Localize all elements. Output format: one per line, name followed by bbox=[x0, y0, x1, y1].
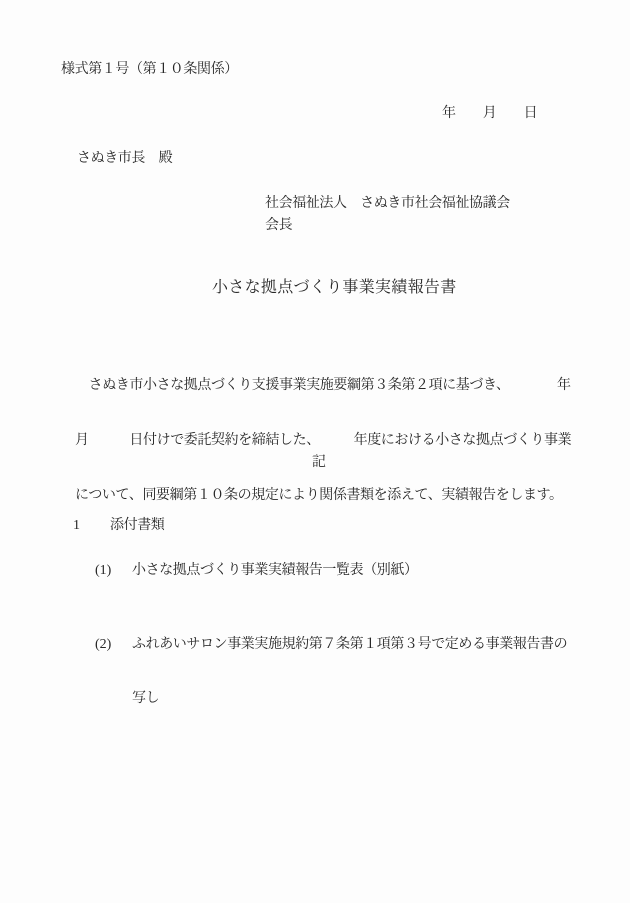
attachment-item-1-marker: (1) bbox=[95, 563, 132, 579]
record-marker: 記 bbox=[312, 455, 326, 471]
attachment-item-1-text: 小さな拠点づくり事業実績報告一覧表（別紙） bbox=[132, 563, 418, 578]
attachments-heading-label: 添付書類 bbox=[110, 518, 164, 533]
attachments-heading-number: 1 bbox=[73, 518, 110, 534]
attachment-item-1: (1)小さな拠点づくり事業実績報告一覧表（別紙） bbox=[95, 563, 418, 579]
body-paragraph: さぬき市小さな拠点づくり支援事業実施要綱第３条第２項に基づき、 年 月 日付けで… bbox=[75, 346, 571, 542]
sender-title: 会長 bbox=[265, 218, 292, 234]
attachment-item-2-text-line-2: 写し bbox=[95, 691, 567, 713]
attachment-item-2-marker: (2) bbox=[95, 637, 132, 653]
sender-organization: 社会福祉法人 さぬき市社会福祉協議会 bbox=[265, 196, 510, 212]
date-line: 年 月 日 bbox=[442, 106, 537, 122]
form-number: 様式第１号（第１０条関係） bbox=[61, 62, 238, 78]
attachments-heading: 1添付書類 bbox=[73, 518, 164, 534]
body-line-3: について、同要綱第１０条の規定により関係書類を添えて、実績報告をします。 bbox=[75, 488, 571, 511]
document-title: 小さな拠点づくり事業実績報告書 bbox=[212, 279, 457, 297]
document-page: 様式第１号（第１０条関係） 年 月 日 さぬき市長 殿 社会福祉法人 さぬき市社… bbox=[0, 0, 630, 903]
body-line-2: 月 日付けで委託契約を締結した、 年度における小さな拠点づくり事業 bbox=[75, 433, 571, 456]
attachment-item-2-text-line-1: ふれあいサロン事業実施規約第７条第１項第３号で定める事業報告書の bbox=[132, 637, 567, 652]
body-line-1: さぬき市小さな拠点づくり支援事業実施要綱第３条第２項に基づき、 年 bbox=[75, 378, 571, 401]
addressee: さぬき市長 殿 bbox=[77, 151, 172, 167]
attachment-item-2: (2)ふれあいサロン事業実施規約第７条第１項第３号で定める事業報告書の 写し bbox=[95, 605, 567, 746]
